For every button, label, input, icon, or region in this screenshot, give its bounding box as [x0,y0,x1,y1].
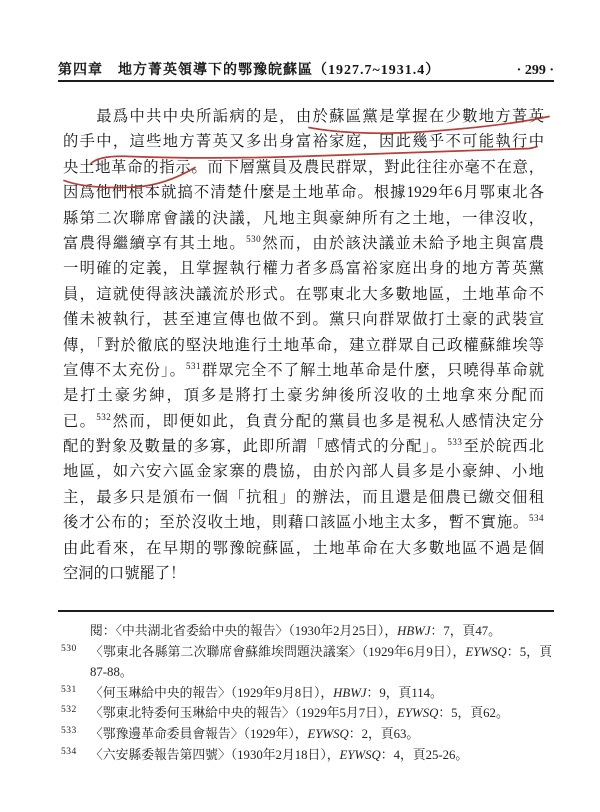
footnote-ref: 531 [186,361,201,371]
footnote-text: 閱：〈中共湖北省委給中央的報告〉（1930年2月25日），HBWJ：7，頁47。 [90,624,501,638]
body-line: 的手中，這些地方菁英又多出身富裕家庭，因此幾乎不可能執行中 [63,129,544,154]
footnote: 530〈鄂東北各縣第二次聯席會蘇維埃問題決議案〉（1929年6月9日），EYWS… [60,642,552,683]
body-line: 宣傳不太充份」。531群眾完全不了解土地革命是什麼，只曉得革命就 [63,358,544,383]
body-line: 是打土豪劣紳，頂多是將打土豪劣紳後所沒收的土地拿來分配而 [63,383,544,408]
footnote: 閱：〈中共湖北省委給中央的報告〉（1930年2月25日），HBWJ：7，頁47。 [60,621,552,642]
body-text: 最爲中共中央所詬病的是，由於蘇區黨是掌握在少數地方菁英的手中，這些地方菁英又多出… [63,104,544,586]
footnote-ref: 532 [96,412,111,422]
footnote-text: 〈六安縣委報告第四號〉（1930年2月18日），EYWSQ：4，頁25-26。 [90,748,468,762]
footnote-text: 〈鄂東北特委何玉琳給中央的報告〉（1929年5月7日），EYWSQ：5，頁62。 [90,706,509,720]
footnote-text: 〈鄂東北各縣第二次聯席會蘇維埃問題決議案〉（1929年6月9日），EYWSQ：5… [90,645,552,680]
page-header: 第四章 地方菁英領導下的鄂豫皖蘇區（1927.7~1931.4） · 299 · [58,59,554,79]
body-line: 一明確的定義，且掌握執行權力者多爲富裕家庭出身的地方菁英黨 [63,256,544,281]
body-line: 後才公布的；至於沒收土地，則藉口該區小地主太多，暫不實施。534 [63,510,544,535]
footnote: 531〈何玉琳給中央的報告〉（1929年9月8日），HBWJ：9，頁114。 [60,683,552,704]
footnotes: 閱：〈中共湖北省委給中央的報告〉（1930年2月25日），HBWJ：7，頁47。… [60,621,552,765]
footnote-ref: 534 [529,513,544,523]
footnote-number: 534 [61,742,77,763]
footnote-ref: 533 [447,437,462,447]
footnote-number: 531 [61,680,77,701]
body-line: 空洞的口號罷了！ [63,561,544,586]
chapter-title: 第四章 地方菁英領導下的鄂豫皖蘇區（1927.7~1931.4） [58,59,440,79]
header-rule [58,80,554,82]
body-line: 最爲中共中央所詬病的是，由於蘇區黨是掌握在少數地方菁英 [63,104,544,129]
footnote-text: 〈何玉琳給中央的報告〉（1929年9月8日），HBWJ：9，頁114。 [90,686,443,700]
body-line: 央土地革命的指示。而下層黨員及農民群眾，對此往往亦毫不在意， [63,155,544,180]
body-line: 地區，如六安六區金家寨的農協，由於內部人員多是小豪紳、小地 [63,459,544,484]
footnote: 532〈鄂東北特委何玉琳給中央的報告〉（1929年5月7日），EYWSQ：5，頁… [60,703,552,724]
footnote-number: 533 [61,721,77,742]
page-number: · 299 · [517,63,554,79]
body-line: 僅未被執行，甚至連宣傳也做不到。黨只向群眾做打土豪的武裝宣 [63,307,544,332]
book-page: 第四章 地方菁英領導下的鄂豫皖蘇區（1927.7~1931.4） · 299 ·… [0,0,600,812]
body-line: 富農得繼續享有其土地。530然而，由於該決議並未給予地主與富農 [63,231,544,256]
footnote-number: 532 [61,700,77,721]
footnote-ref: 530 [246,234,261,244]
body-line: 縣第二次聯席會議的決議，凡地主與豪紳所有之土地，一律沒收， [63,206,544,231]
footnote: 533〈鄂豫邊革命委員會報告〉（1929年），EYWSQ：2，頁63。 [60,724,552,745]
footnote-separator [58,610,554,612]
footnote: 534〈六安縣委報告第四號〉（1930年2月18日），EYWSQ：4，頁25-2… [60,745,552,766]
body-line: 因爲他們根本就搞不清楚什麼是土地革命。根據1929年6月鄂東北各 [63,180,544,205]
footnote-number: 530 [61,639,77,660]
footnote-text: 〈鄂豫邊革命委員會報告〉（1929年），EYWSQ：2，頁63。 [90,727,419,741]
body-line: 傳，「對於徹底的堅決地進行土地革命，建立群眾自己政權蘇維埃等 [63,333,544,358]
body-line: 由此看來，在早期的鄂豫皖蘇區，土地革命在大多數地區不過是個 [63,536,544,561]
body-line: 主，最多只是頒布一個「抗租」的辦法，而且還是佃農已繳交佃租 [63,485,544,510]
body-line: 已。532然而，即便如此，負責分配的黨員也多是視私人感情決定分 [63,409,544,434]
body-line: 配的對象及數量的多寡，此即所謂「感情式的分配」。533至於皖西北 [63,434,544,459]
body-line: 員，這就使得該決議流於形式。在鄂東北大多數地區，土地革命不 [63,282,544,307]
